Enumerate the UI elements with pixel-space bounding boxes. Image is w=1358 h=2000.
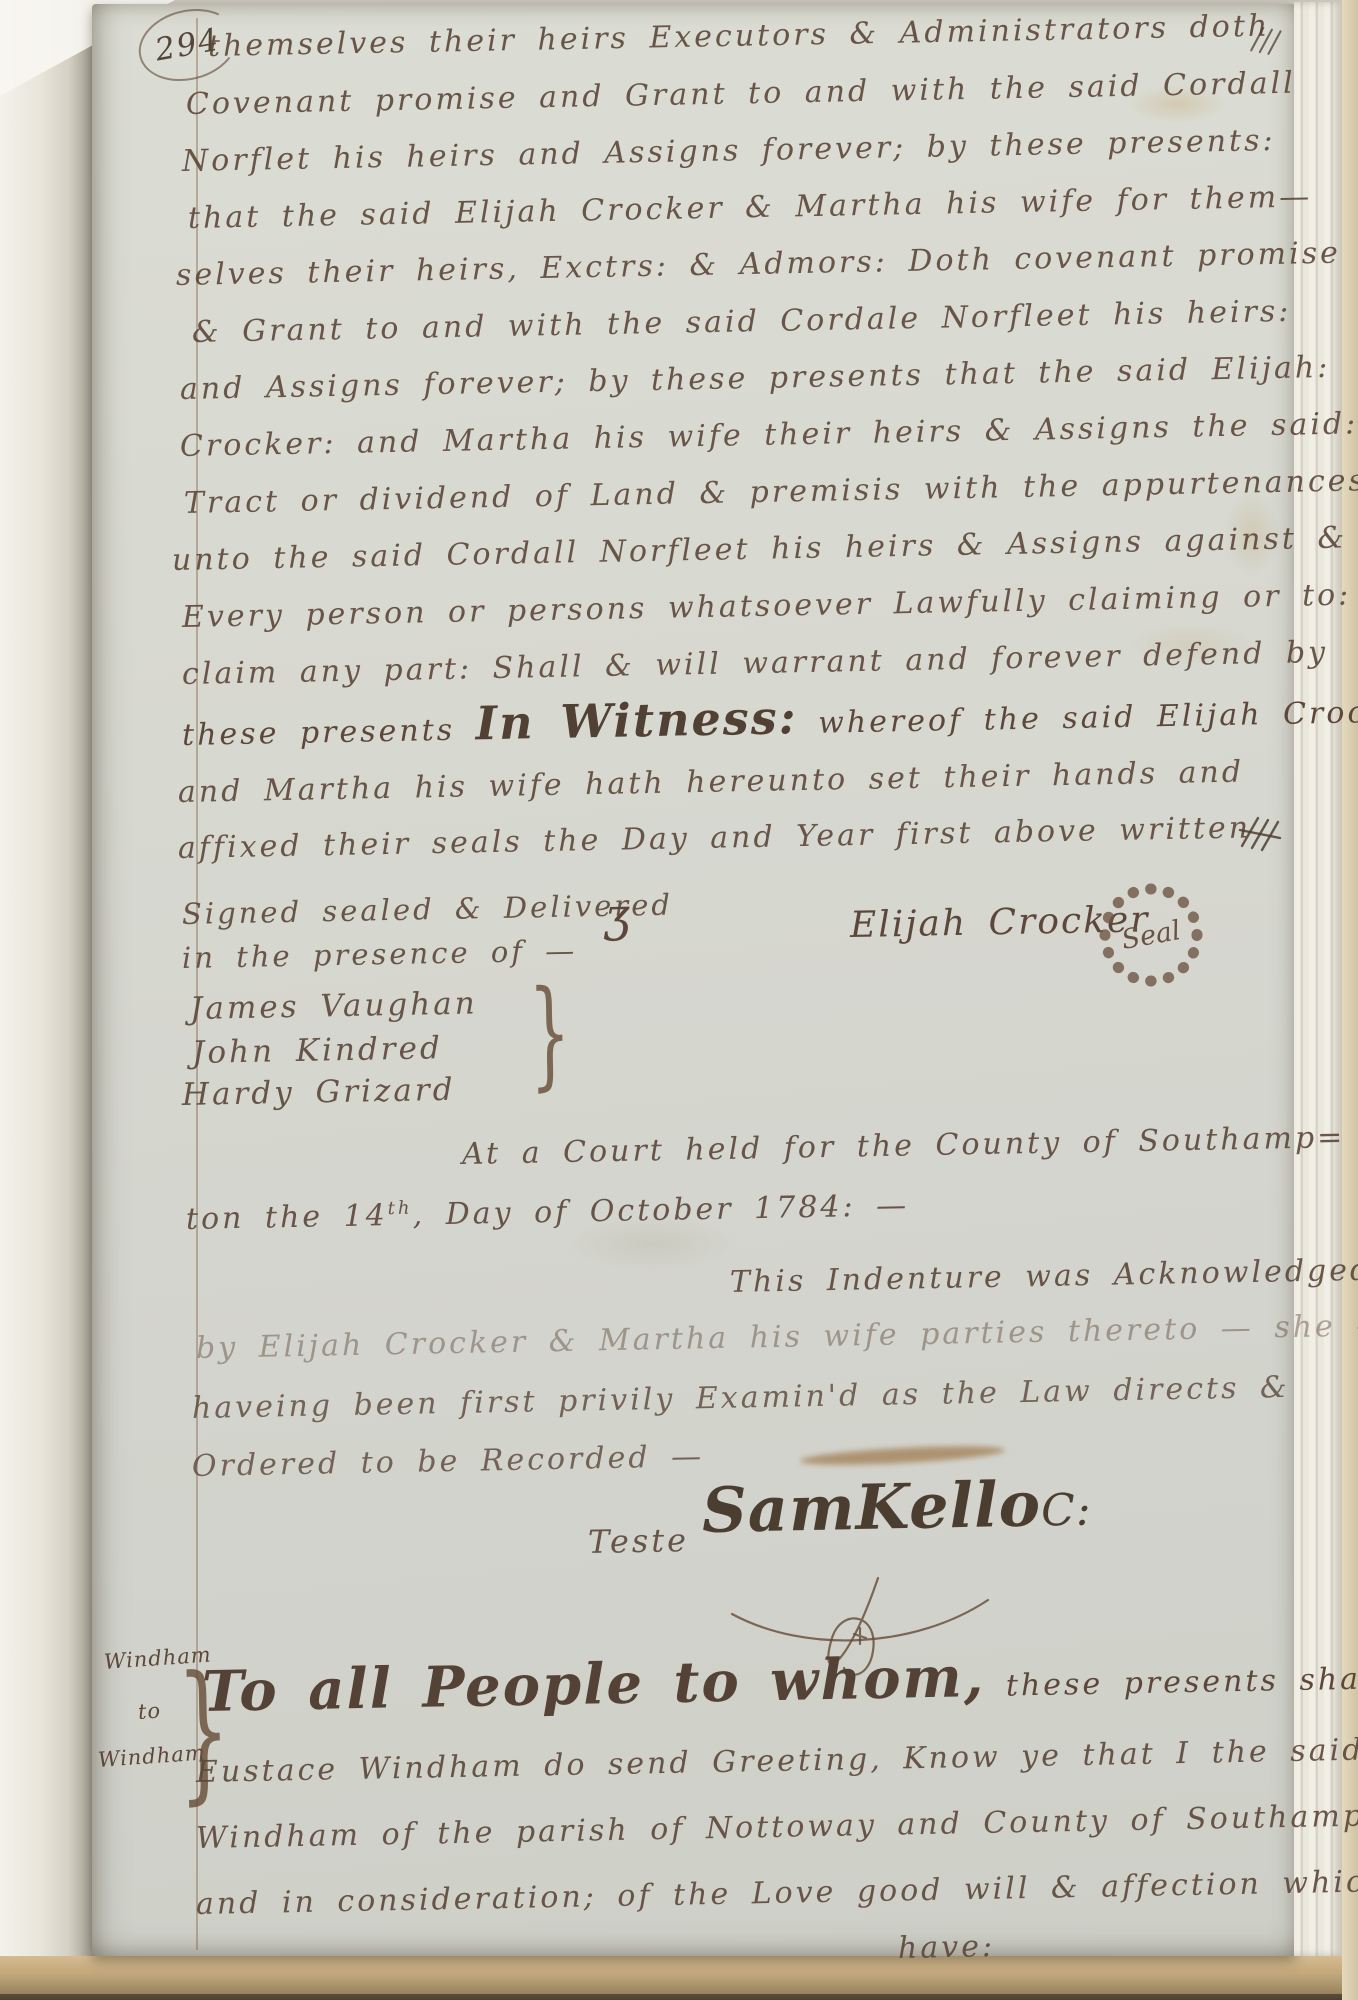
- clerk-signature-suffix: C:: [1041, 1485, 1092, 1537]
- previous-page-edge: [0, 0, 98, 1956]
- book-cover-sliver: [1342, 0, 1358, 2000]
- brace-flourish: }: [528, 972, 572, 1093]
- teste-label: Teste: [588, 1524, 690, 1558]
- fabric-edge-shadow: [0, 1994, 1358, 2000]
- deed2-line: have:: [898, 1932, 996, 1964]
- wax-seal-drawing: Seal: [1088, 878, 1218, 1000]
- witness-name: John Kindred: [192, 1033, 443, 1069]
- table-fabric: [0, 1952, 1358, 2000]
- deed2-opening-rest: these presents shale come, I. —: [985, 1657, 1358, 1704]
- clerk-signature: SamKelloC:: [701, 1473, 1092, 1542]
- hatch-mark: [1246, 24, 1284, 56]
- manuscript-photo: 294 themselves their heirs Executors & A…: [0, 0, 1358, 2000]
- presence-line: in the presence of —: [182, 936, 578, 973]
- in-witness-phrase: In Witness:: [475, 690, 798, 750]
- squiggle-flourish: ʒ: [604, 891, 634, 938]
- court-date-sup: th: [387, 1198, 412, 1219]
- court-date-pre: ton the 14: [186, 1198, 388, 1237]
- witness-pre-text: these presents: [182, 712, 476, 753]
- witness-name: Hardy Grizard: [182, 1075, 456, 1111]
- clerk-signature-name: SamKello: [701, 1467, 1041, 1546]
- seal-label: Seal: [1119, 915, 1183, 956]
- hatch-mark: [1238, 816, 1282, 852]
- margin-note: to: [137, 1700, 162, 1723]
- witness-name: James Vaughan: [190, 988, 478, 1025]
